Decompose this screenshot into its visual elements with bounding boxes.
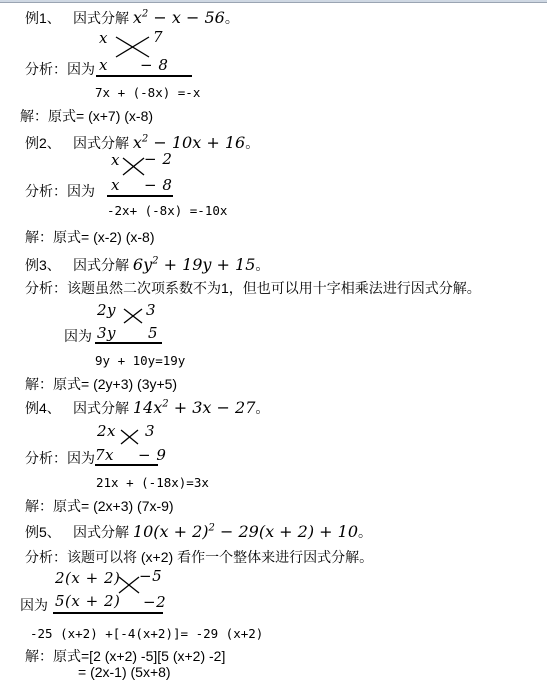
example1-cross-top-left: x [99, 29, 108, 47]
example4-title: 例4、因式分解 14x2 + 3x − 27。 [25, 399, 269, 417]
example2-cross-bottom-right: − 8 [144, 176, 172, 194]
example2-sum-line: -2x+ (-8x) =-10x [107, 203, 227, 218]
example5-task: 因式分解 [73, 524, 129, 540]
example2-cross-top-left: x [111, 151, 120, 169]
example3-because-label: 因为 [64, 328, 92, 345]
example1-cross-top-right: 7 [153, 28, 163, 46]
cross-multiply-icon [121, 430, 138, 444]
example5-because-label: 因为 [20, 597, 48, 614]
cross-multiply-icon [119, 577, 139, 593]
formula-rest: + 19y + 15 [158, 255, 255, 274]
example5-solution-line2: = (2x-1) (5x+8) [78, 664, 171, 680]
fraction-line [95, 342, 162, 344]
formula-base: x [133, 133, 142, 152]
example2-cross-bottom-left: x [111, 176, 120, 194]
example4-analysis-label: 分析：因为 [25, 450, 95, 467]
example1-sum-line: 7x + (-8x) =-x [95, 85, 200, 100]
period-mark: 。 [245, 135, 259, 151]
example3-label: 例3、 [25, 257, 73, 274]
example1-formula: x2 − x − 56 [133, 8, 225, 27]
period-mark: 。 [255, 400, 269, 416]
example1-cross-bottom-right: − 8 [140, 56, 168, 74]
example5-cross-top-right: −5 [139, 567, 162, 585]
example4-formula: 14x2 + 3x − 27 [133, 398, 255, 417]
fraction-line [107, 195, 173, 197]
example3-task: 因式分解 [73, 257, 129, 273]
cross-multiply-icon [116, 37, 149, 57]
example5-analysis-text: 分析：该题可以将 (x+2) 看作一个整体来进行因式分解。 [25, 549, 373, 566]
example5-cross-bottom-right: −2 [143, 593, 166, 611]
example3-cross-bottom-left: 3y [97, 324, 116, 342]
fraction-line [96, 75, 192, 77]
example3-sum-line: 9y + 10y=19y [95, 353, 185, 368]
example3-cross-bottom-right: 5 [148, 324, 158, 342]
example1-label: 例1、 [25, 10, 73, 27]
example2-title: 例2、因式分解 x2 − 10x + 16。 [25, 134, 259, 152]
example3-cross-top-left: 2y [97, 301, 116, 319]
example2-task: 因式分解 [73, 135, 129, 151]
example5-label: 例5、 [25, 524, 73, 541]
example1-cross-bottom-left: x [99, 56, 108, 74]
example4-label: 例4、 [25, 400, 73, 417]
example2-cross-top-right: − 2 [144, 150, 172, 168]
example4-sum-line: 21x + (-18x)=3x [96, 475, 209, 490]
formula-base: 10(x + 2) [133, 522, 209, 541]
formula-rest: + 3x − 27 [169, 398, 256, 417]
example3-title: 例3、因式分解 6y2 + 19y + 15。 [25, 256, 269, 274]
formula-base: x [133, 8, 142, 27]
example2-solution: 解：原式= (x-2) (x-8) [25, 227, 155, 247]
example5-sum-line: -25 (x+2) +[-4(x+2)]= -29 (x+2) [30, 626, 263, 641]
example4-cross-bottom-right: − 9 [138, 446, 166, 464]
window-edge-strip [0, 0, 547, 3]
cross-multiply-icon [124, 309, 142, 323]
example4-solution: 解：原式= (2x+3) (7x-9) [25, 496, 174, 516]
example1-title: 例1、因式分解 x2 − x − 56。 [25, 9, 239, 27]
example3-cross-top-right: 3 [146, 301, 156, 319]
example5-formula: 10(x + 2)2 − 29(x + 2) + 10 [133, 522, 358, 541]
period-mark: 。 [255, 257, 269, 273]
example4-task: 因式分解 [73, 400, 129, 416]
example2-label: 例2、 [25, 135, 73, 152]
example5-cross-bottom-left: 5(x + 2) [55, 592, 120, 610]
example4-cross-top-right: 3 [145, 422, 155, 440]
fraction-line [53, 612, 163, 614]
formula-base: 6y [133, 255, 152, 274]
example1-task: 因式分解 [73, 10, 129, 26]
example5-cross-top-left: 2(x + 2) [55, 569, 120, 587]
period-mark: 。 [358, 524, 372, 540]
example4-cross-top-left: 2x [97, 422, 116, 440]
formula-rest: − x − 56 [148, 8, 225, 27]
example1-solution: 解：原式= (x+7) (x-8) [20, 106, 153, 126]
example1-analysis-label: 分析：因为 [25, 61, 95, 78]
cross-multiply-icon [123, 158, 144, 175]
formula-rest: − 29(x + 2) + 10 [215, 522, 358, 541]
fraction-line [95, 464, 158, 466]
formula-base: 14x [133, 398, 162, 417]
example3-analysis-text: 分析：该题虽然二次项系数不为1，但也可以用十字相乘法进行因式分解。 [25, 280, 481, 297]
example3-solution: 解：原式= (2y+3) (3y+5) [25, 374, 177, 394]
example5-solution: 解：原式=[2 (x+2) -5][5 (x+2) -2] [25, 646, 225, 666]
period-mark: 。 [225, 10, 239, 26]
example4-cross-bottom-left: 7x [95, 446, 114, 464]
example3-formula: 6y2 + 19y + 15 [133, 255, 256, 274]
example2-analysis-label: 分析：因为 [25, 183, 95, 200]
example5-title: 例5、因式分解 10(x + 2)2 − 29(x + 2) + 10。 [25, 523, 372, 541]
